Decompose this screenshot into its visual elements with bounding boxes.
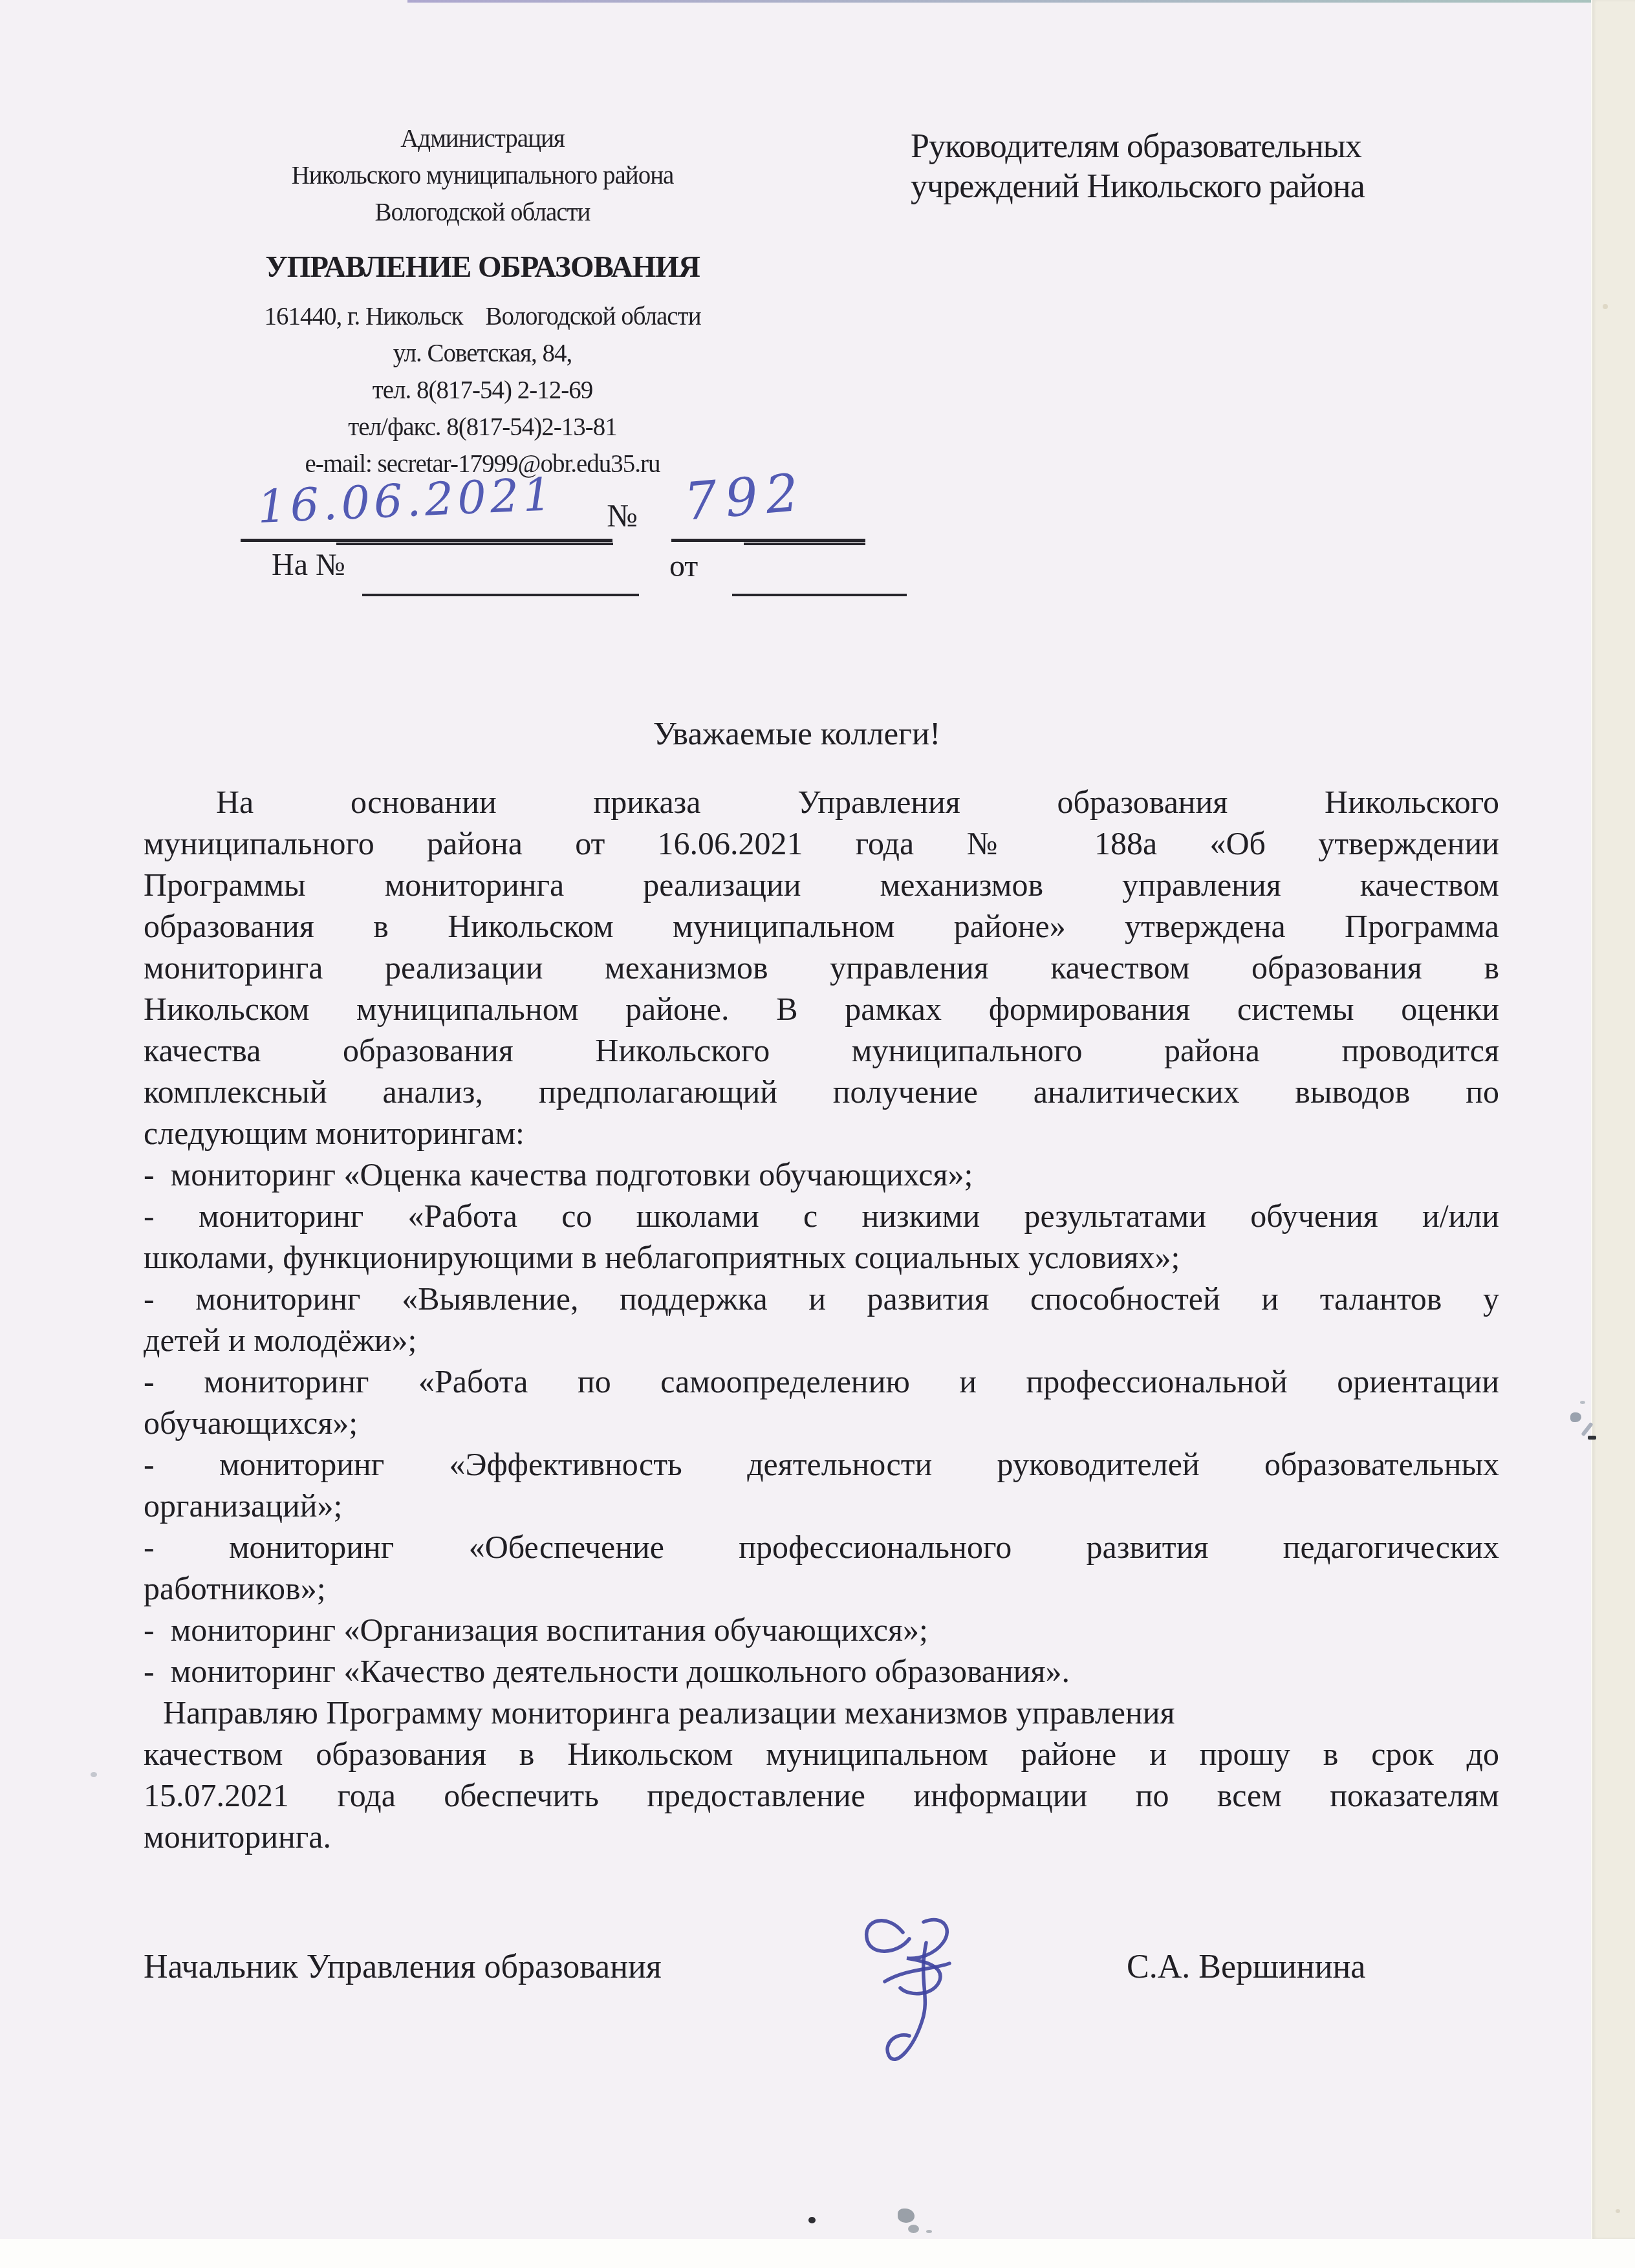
letter-body: На основании приказа Управления образова… [144,781,1499,1857]
sender-org-line: Вологодской области [244,194,720,231]
handwritten-outgoing-number: 792 [682,462,808,532]
address-line: ул. Советская, 84, [244,335,720,372]
scan-speck [808,2217,816,2223]
reply-date-label: от [669,548,698,584]
addressee-block: Руководителям образовательныхучреждений … [911,127,1493,207]
body-line: организаций»; [144,1485,1499,1526]
body-line: - мониторинг «Обеспечение профессиональн… [144,1526,1499,1568]
body-line: - мониторинг «Эффективность деятельности… [144,1443,1499,1485]
sender-org-line: Никольского муниципального района [244,157,720,194]
body-line: работников»; [144,1568,1499,1609]
scan-speck [1616,2209,1620,2213]
scan-speck [926,2230,932,2233]
body-line: мониторинга. [144,1816,1499,1857]
salutation: Уважаемые коллеги! [144,715,1450,753]
scan-speck [1588,1436,1596,1440]
date-underline [336,543,613,545]
signer-position: Начальник Управления образования [144,1948,662,1986]
body-line: - мониторинг «Работа по самоопределению … [144,1361,1499,1402]
addressee-line: Руководителям образовательных [911,127,1493,167]
body-line: - мониторинг «Оценка качества подготовки… [144,1154,1499,1195]
scan-speck [898,2209,915,2223]
body-line: муниципального района от 16.06.2021 года… [144,823,1499,864]
body-line: Направляю Программу мониторинга реализац… [144,1692,1499,1733]
address-line: 161440, г. Никольск Вологодской области [244,298,720,335]
body-line: комплексный анализ, предполагающий получ… [144,1071,1499,1112]
scan-speck [91,1772,97,1777]
body-line: - мониторинг «Выявление, поддержка и раз… [144,1278,1499,1319]
scanner-bottom-strip [0,2239,1635,2268]
reply-to-number-label: На № [272,547,345,583]
sender-address: 161440, г. Никольск Вологодской областиу… [244,298,720,482]
body-line: образования в Никольском муниципальном р… [144,905,1499,947]
body-line: - мониторинг «Работа со школами с низким… [144,1195,1499,1237]
body-line: школами, функционирующими в неблагоприят… [144,1237,1499,1278]
scan-speck [1570,1412,1581,1422]
body-line: следующим мониторингам: [144,1112,1499,1154]
body-line: качеством образования в Никольском муниц… [144,1733,1499,1775]
reply-number-blank-line [362,594,639,596]
body-line: качества образования Никольского муницип… [144,1030,1499,1071]
body-line: - мониторинг «Организация воспитания обу… [144,1609,1499,1650]
body-line: детей и молодёжи»; [144,1319,1499,1361]
department-name: УПРАВЛЕНИЕ ОБРАЗОВАНИЯ [244,249,720,285]
body-line: Программы мониторинга реализации механиз… [144,864,1499,905]
body-line: обучающихся»; [144,1402,1499,1443]
address-line: тел. 8(817-54) 2-12-69 [244,372,720,409]
handwritten-signature-icon [827,1899,982,2080]
scan-speck [908,2225,919,2233]
body-line: На основании приказа Управления образова… [144,781,1499,823]
scan-speck [1580,1401,1585,1404]
address-line: тел/факс. 8(817-54)2-13-81 [244,409,720,446]
body-line: 15.07.2021 года обеспечить предоставлени… [144,1775,1499,1816]
scanner-background-strip [1591,0,1635,2239]
date-underline [241,539,612,542]
sender-org-line: Администрация [244,120,720,157]
sender-org-lines: АдминистрацияНикольского муниципального … [244,120,720,231]
sender-letterhead: АдминистрацияНикольского муниципального … [244,120,720,482]
body-line: - мониторинг «Качество деятельности дошк… [144,1650,1499,1692]
number-underline [671,539,865,542]
signer-name: С.А. Вершинина [1127,1948,1365,1986]
reply-date-blank-line [732,594,907,596]
body-line: мониторинга реализации механизмов управл… [144,947,1499,988]
number-underline [744,543,865,545]
scanned-letter-page: АдминистрацияНикольского муниципального … [0,0,1635,2268]
body-line: Никольском муниципальном районе. В рамка… [144,988,1499,1030]
addressee-line: учреждений Никольского района [911,167,1493,207]
scan-top-edge [407,0,1635,3]
scan-speck [1603,304,1608,309]
number-sign-label: № [607,497,638,534]
